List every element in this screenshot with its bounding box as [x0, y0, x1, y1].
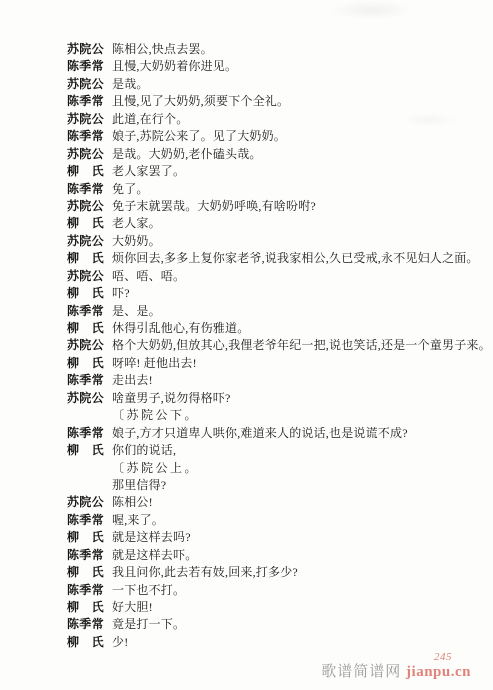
- speaker-name: 苏院公: [67, 268, 112, 285]
- script-line: 柳 氏老人家。: [67, 215, 487, 232]
- dialogue-text: 此道,在行个。: [112, 111, 188, 128]
- script-line: 陈季常走出去!: [67, 372, 487, 389]
- script-line: 苏院公大奶奶。: [67, 233, 487, 250]
- speaker-name: 柳 氏: [67, 564, 112, 581]
- speaker-name: 苏院公: [67, 76, 112, 93]
- speaker-name: 苏院公: [67, 146, 112, 163]
- dialogue-text: 格个大奶奶,但放其心,我俚老爷年纪一把,说也笑话,还是一个童男子来。: [112, 337, 491, 354]
- dialogue-text: 少!: [112, 634, 128, 651]
- script-line: 柳 氏休得引乱他心,有伤雅道。: [67, 320, 487, 337]
- dialogue-text: 大奶奶。: [112, 233, 161, 250]
- script-line: 柳 氏好大胆!: [67, 599, 487, 616]
- dialogue-text: 啥童男子,说勿得格吓?: [112, 390, 231, 407]
- dialogue-text: 那里信得?: [112, 477, 166, 494]
- script-line: 苏院公啥童男子,说勿得格吓?: [67, 390, 487, 407]
- speaker-name: 柳 氏: [67, 355, 112, 372]
- script-line: 苏院公是哉。大奶奶,老仆磕头哉。: [67, 146, 487, 163]
- script-dialogue-block: 苏院公陈相公,快点去罢。陈季常且慢,大奶奶着你进见。苏院公是哉。陈季常且慢,见了…: [67, 41, 487, 651]
- speaker-name: 柳 氏: [67, 529, 112, 546]
- speaker-name: 柳 氏: [67, 250, 112, 267]
- speaker-name: 陈季常: [67, 512, 112, 529]
- dialogue-text: 是、是。: [112, 303, 161, 320]
- script-line: 柳 氏你们的说话,: [67, 442, 487, 459]
- script-stage-line: 〔苏院公下。: [67, 407, 487, 424]
- dialogue-text: 是哉。: [112, 76, 149, 93]
- script-line: 苏院公陈相公!: [67, 494, 487, 511]
- script-line: 柳 氏烦你回去,多多上复你家老爷,说我家相公,久已受戒,永不见妇人之面。: [67, 250, 487, 267]
- speaker-name: 陈季常: [67, 616, 112, 633]
- script-line: 陈季常喔,来了。: [67, 512, 487, 529]
- speaker-name: 陈季常: [67, 582, 112, 599]
- speaker-name: 苏院公: [67, 390, 112, 407]
- script-continuation-line: 那里信得?: [67, 477, 487, 494]
- dialogue-text: 是哉。大奶奶,老仆磕头哉。: [112, 146, 262, 163]
- speaker-name: 苏院公: [67, 494, 112, 511]
- dialogue-text: 娘子,苏院公来了。见了大奶奶。: [112, 128, 286, 145]
- dialogue-text: 你们的说话,: [112, 442, 176, 459]
- script-line: 苏院公此道,在行个。: [67, 111, 487, 128]
- script-line: 陈季常是、是。: [67, 303, 487, 320]
- dialogue-text: 免子末就罢哉。大奶奶呼唤,有啥吩咐?: [112, 198, 316, 215]
- dialogue-text: 休得引乱他心,有伤雅道。: [112, 320, 249, 337]
- script-line: 柳 氏吓?: [67, 285, 487, 302]
- dialogue-text: 就是这样去吓。: [112, 547, 197, 564]
- watermark-site-name: 歌谱简谱网: [321, 664, 401, 680]
- script-line: 柳 氏少!: [67, 634, 487, 651]
- dialogue-text: 我且问你,此去若有妓,回来,打多少?: [112, 564, 298, 581]
- script-line: 苏院公唔、唔、唔。: [67, 268, 487, 285]
- speaker-name: 苏院公: [67, 233, 112, 250]
- dialogue-text: 吓?: [112, 285, 130, 302]
- dialogue-text: 走出去!: [112, 372, 153, 389]
- script-line: 陈季常竟是打一下。: [67, 616, 487, 633]
- stage-direction-text: 〔苏院公下。: [112, 407, 199, 424]
- script-line: 陈季常一下也不打。: [67, 582, 487, 599]
- speaker-name: 苏院公: [67, 337, 112, 354]
- speaker-name: 柳 氏: [67, 163, 112, 180]
- dialogue-text: 陈相公,快点去罢。: [112, 41, 213, 58]
- speaker-name: 陈季常: [67, 128, 112, 145]
- dialogue-text: 喔,来了。: [112, 512, 164, 529]
- speaker-name: 苏院公: [67, 111, 112, 128]
- dialogue-text: 娘子,方才只道卑人哄你,难道来人的说话,也是说谎不成?: [112, 425, 408, 442]
- dialogue-text: 陈相公!: [112, 494, 153, 511]
- script-line: 苏院公格个大奶奶,但放其心,我俚老爷年纪一把,说也笑话,还是一个童男子来。: [67, 337, 487, 354]
- dialogue-text: 且慢,大奶奶着你进见。: [112, 58, 237, 75]
- script-line: 柳 氏呀啐! 赶他出去!: [67, 355, 487, 372]
- script-line: 陈季常娘子,苏院公来了。见了大奶奶。: [67, 128, 487, 145]
- speaker-name: 陈季常: [67, 303, 112, 320]
- scanned-script-page: 苏院公陈相公,快点去罢。陈季常且慢,大奶奶着你进见。苏院公是哉。陈季常且慢,见了…: [0, 0, 493, 690]
- script-line: 陈季常娘子,方才只道卑人哄你,难道来人的说话,也是说谎不成?: [67, 425, 487, 442]
- speaker-name: 陈季常: [67, 93, 112, 110]
- dialogue-text: 竟是打一下。: [112, 616, 185, 633]
- dialogue-text: 免了。: [112, 181, 149, 198]
- script-line: 陈季常且慢,大奶奶着你进见。: [67, 58, 487, 75]
- script-line: 苏院公是哉。: [67, 76, 487, 93]
- dialogue-text: 烦你回去,多多上复你家老爷,说我家相公,久已受戒,永不见妇人之面。: [112, 250, 479, 267]
- script-line: 柳 氏老人家罢了。: [67, 163, 487, 180]
- watermark: 歌谱简谱网 jianpu.cn: [321, 660, 471, 681]
- dialogue-text: 老人家罢了。: [112, 163, 185, 180]
- speaker-name: 陈季常: [67, 181, 112, 198]
- speaker-name: 陈季常: [67, 547, 112, 564]
- script-stage-line: 〔苏院公上。: [67, 460, 487, 477]
- dialogue-text: 且慢,见了大奶奶,须要下个全礼。: [112, 93, 289, 110]
- speaker-name: 柳 氏: [67, 215, 112, 232]
- speaker-name: 柳 氏: [67, 634, 112, 651]
- script-line: 陈季常就是这样去吓。: [67, 547, 487, 564]
- speaker-name: 陈季常: [67, 425, 112, 442]
- dialogue-text: 老人家。: [112, 215, 161, 232]
- dialogue-text: 唔、唔、唔。: [112, 268, 185, 285]
- speaker-name: 陈季常: [67, 372, 112, 389]
- dialogue-text: 好大胆!: [112, 599, 153, 616]
- speaker-name: 陈季常: [67, 58, 112, 75]
- script-line: 陈季常免了。: [67, 181, 487, 198]
- speaker-name: 苏院公: [67, 41, 112, 58]
- speaker-name: 柳 氏: [67, 285, 112, 302]
- script-line: 苏院公陈相公,快点去罢。: [67, 41, 487, 58]
- script-line: 柳 氏就是这样去吗?: [67, 529, 487, 546]
- script-line: 柳 氏我且问你,此去若有妓,回来,打多少?: [67, 564, 487, 581]
- speaker-name: 苏院公: [67, 198, 112, 215]
- dialogue-text: 呀啐! 赶他出去!: [112, 355, 197, 372]
- speaker-name: 柳 氏: [67, 442, 112, 459]
- dialogue-text: 就是这样去吗?: [112, 529, 191, 546]
- script-line: 苏院公免子末就罢哉。大奶奶呼唤,有啥吩咐?: [67, 198, 487, 215]
- watermark-site-url: jianpu.cn: [406, 664, 471, 680]
- speaker-name: 柳 氏: [67, 320, 112, 337]
- script-line: 陈季常且慢,见了大奶奶,须要下个全礼。: [67, 93, 487, 110]
- speaker-name: 柳 氏: [67, 599, 112, 616]
- dialogue-text: 一下也不打。: [112, 582, 185, 599]
- stage-direction-text: 〔苏院公上。: [112, 460, 199, 477]
